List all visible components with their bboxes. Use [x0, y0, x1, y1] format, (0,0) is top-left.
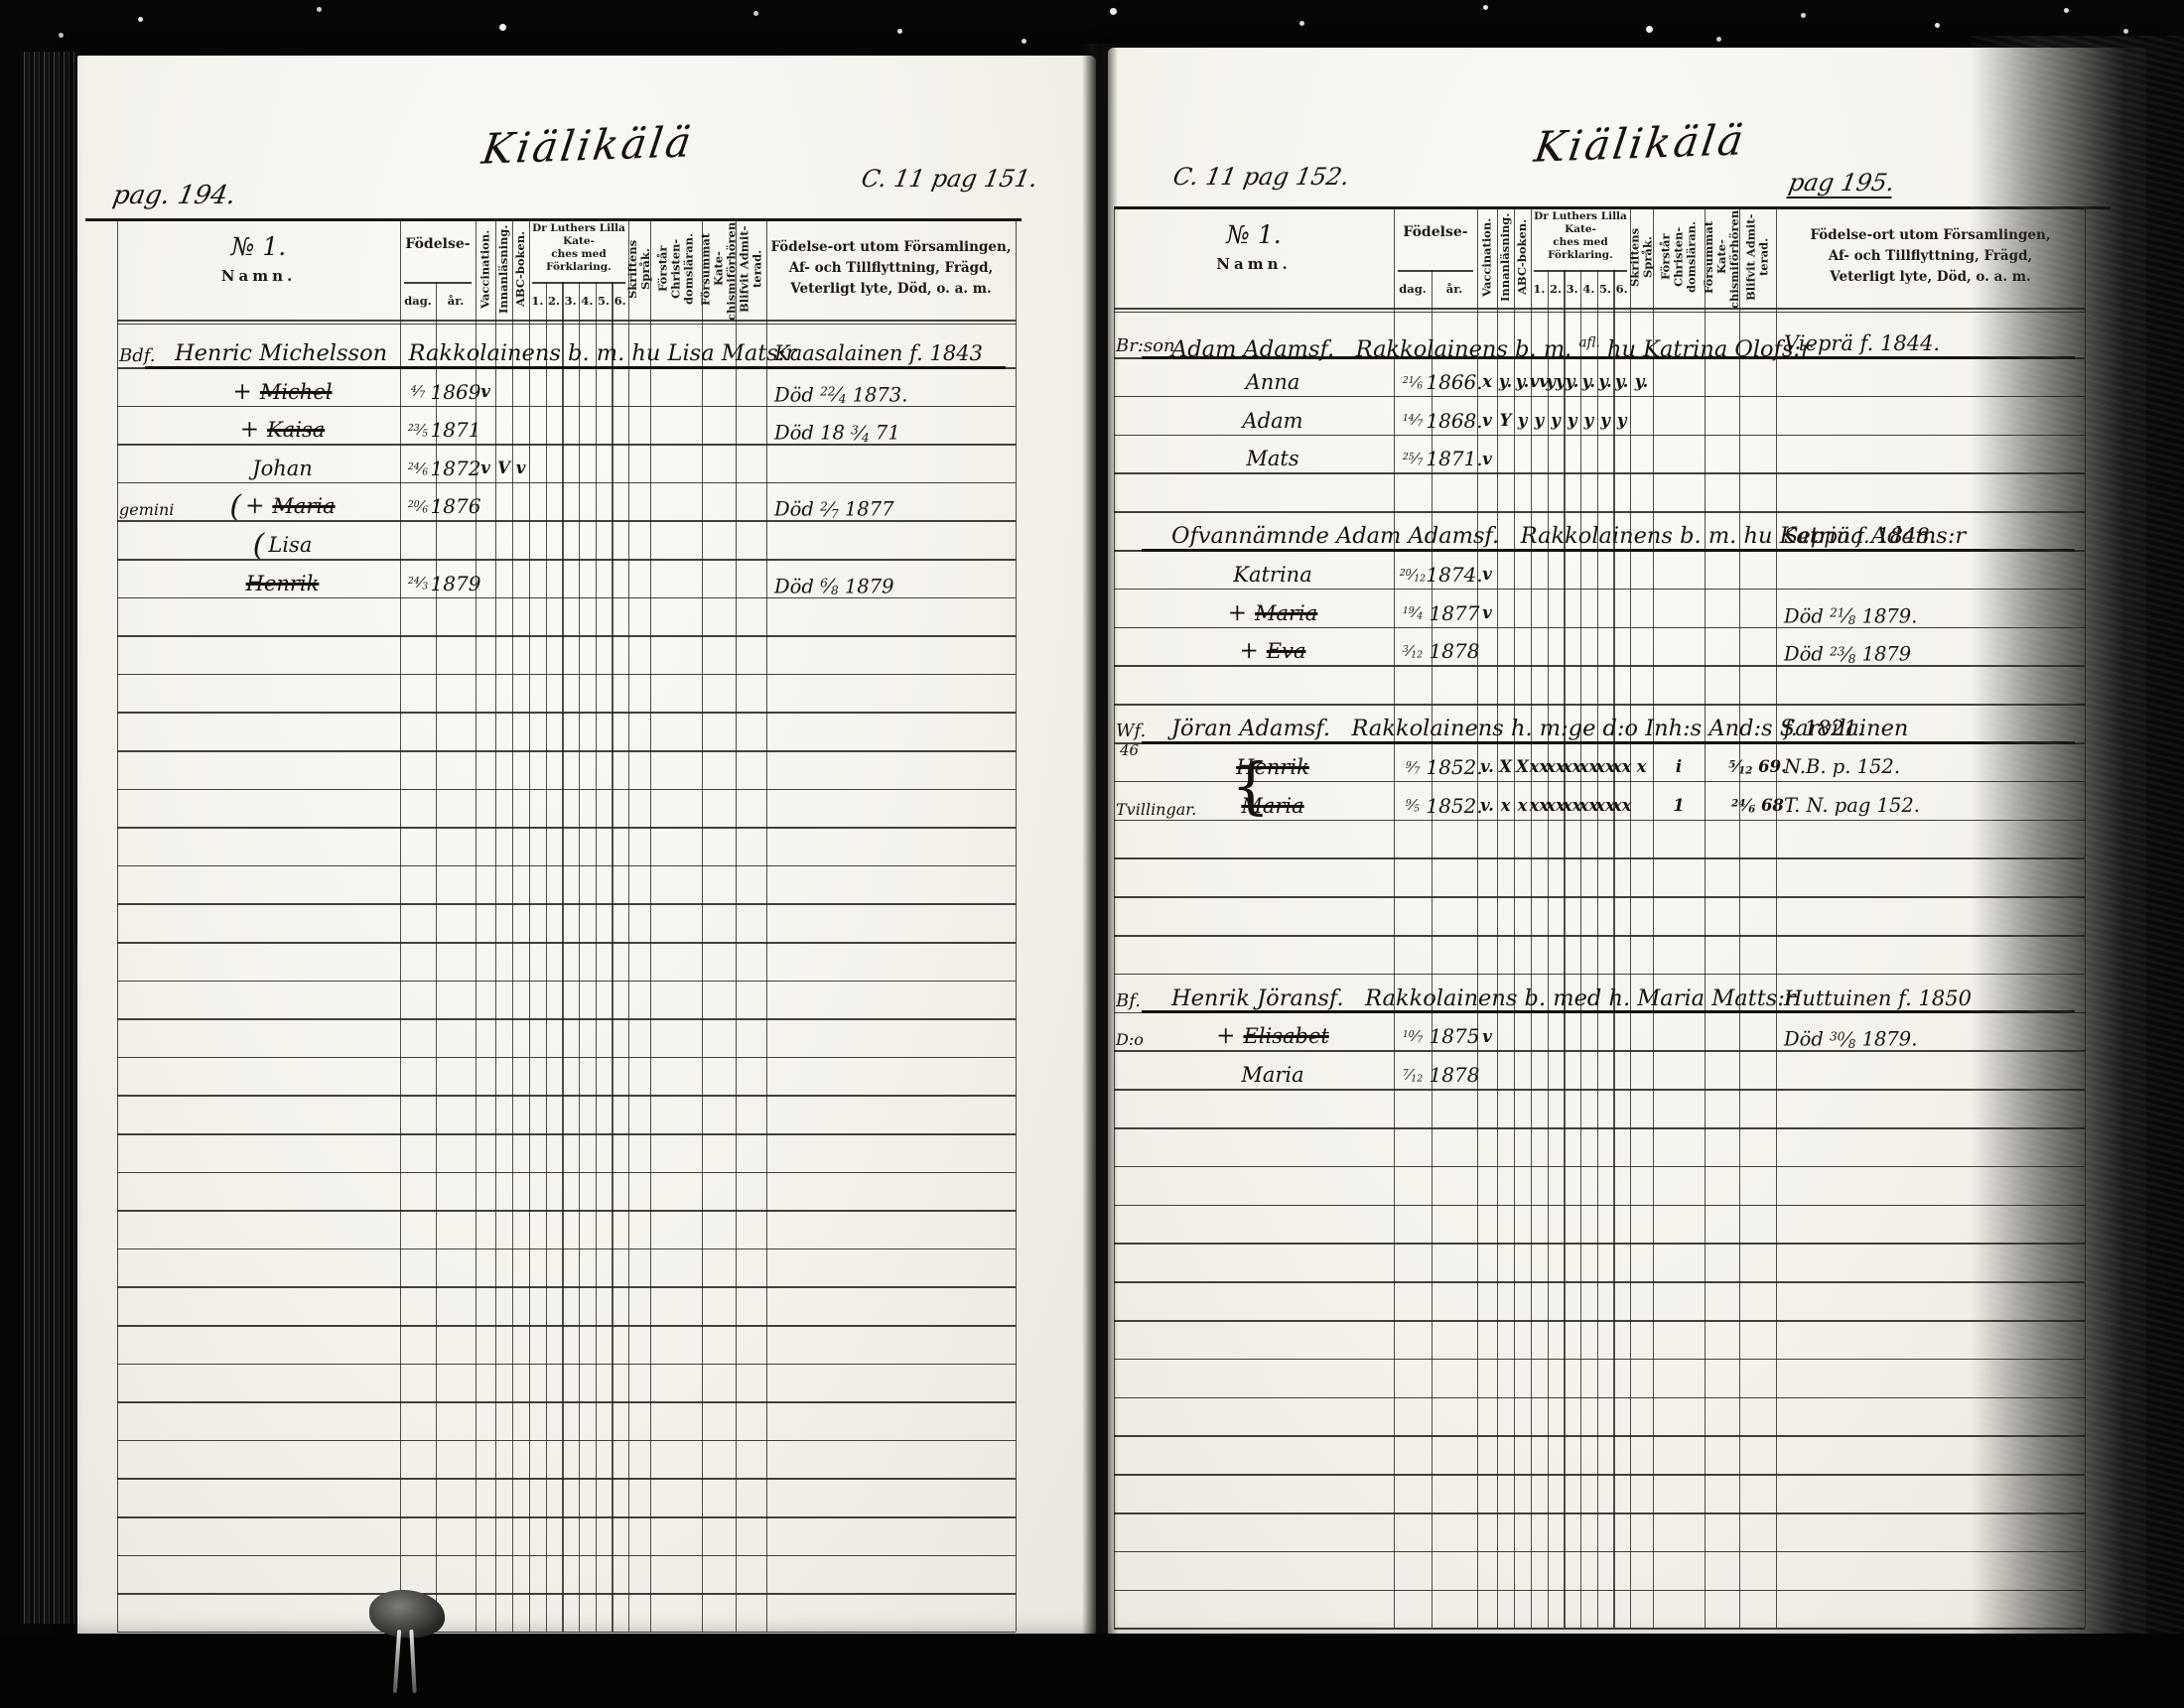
birth-year: 1852.	[1430, 792, 1479, 820]
column-line	[1776, 206, 1777, 1628]
forsummat-katechismiforhoren-label: Försummat Kate- chismiförhören.	[1706, 210, 1738, 304]
book-page-edges	[20, 52, 77, 1624]
mark-vacc: v	[1475, 1022, 1499, 1050]
row-line	[1114, 704, 2085, 706]
birth-year: 1871.	[1430, 445, 1479, 472]
mark-vacc: v	[1475, 599, 1499, 627]
family-entry-note: Kaasalainen f. 1843	[774, 339, 983, 367]
birth-day: 7⁄12	[1394, 1061, 1432, 1089]
row-line	[117, 712, 1016, 714]
child-name: Adam	[1242, 409, 1302, 433]
child-name: Maria	[1241, 794, 1303, 818]
row-line	[117, 1018, 1016, 1020]
column-line	[650, 218, 651, 1632]
row-line	[117, 1133, 1016, 1135]
row-line	[117, 827, 1016, 829]
column-line	[736, 218, 737, 1632]
family-entry: Adam Adamsf. Rakkolainens b. m. afl. hu …	[1171, 329, 1812, 357]
column-line	[117, 218, 118, 1632]
row-line	[1114, 1320, 2085, 1322]
column-line	[436, 282, 437, 1632]
dag-label: dag.	[1394, 280, 1432, 298]
child-entry: Maria	[1163, 792, 1382, 820]
row-line	[117, 1057, 1016, 1059]
row-line	[117, 635, 1016, 637]
kateches-sub-label: 1.	[1531, 280, 1548, 298]
row-line	[117, 1325, 1016, 1327]
birth-year: 1875	[1430, 1022, 1479, 1050]
row-line	[117, 1593, 1016, 1595]
death-note: Död 30⁄8 1879.	[1784, 1022, 1917, 1050]
child-name: Anna	[1246, 370, 1300, 394]
child-entry: Adam	[1163, 407, 1382, 435]
row-line	[117, 789, 1016, 791]
row-line	[1114, 1512, 2085, 1514]
child-name: Michel	[260, 380, 333, 404]
deceased-cross: +	[233, 379, 252, 405]
kateches-sub-label: 5.	[1597, 280, 1614, 298]
row-line	[1114, 1050, 2085, 1052]
child-entry: Maria	[1163, 1061, 1382, 1089]
row-line	[1114, 1397, 2085, 1399]
notes-label: Födelse-ort utom Församlingen,Af- och Ti…	[766, 236, 1016, 300]
column-line	[1613, 270, 1614, 1628]
mark-skrift: y.	[1628, 368, 1655, 396]
birth-year: 1866.	[1430, 368, 1479, 396]
header-bottom-line	[117, 324, 1016, 326]
row-line	[117, 865, 1016, 867]
row-line	[1114, 974, 2085, 976]
right-page-ref: C. 11 pag 152.	[1171, 163, 1352, 191]
death-note: Död 21⁄8 1879.	[1784, 599, 1917, 627]
mark-blifvit: 5⁄12 69.	[1737, 753, 1778, 781]
no-label: № 1.	[117, 232, 400, 262]
birth-year: 1876	[434, 492, 478, 520]
family-margin-note: Bdf.	[119, 345, 156, 366]
table-top-border	[85, 218, 1022, 221]
column-line	[1016, 218, 1017, 1632]
column-line	[512, 218, 513, 1632]
namn-label: Namn.	[117, 266, 400, 286]
family-margin-note: Br:son	[1116, 335, 1175, 356]
column-line	[702, 218, 703, 1632]
mark-blifvit: 24⁄6 68	[1737, 792, 1778, 820]
kateches-sub-label: 4.	[1580, 280, 1597, 298]
column-line	[1597, 270, 1598, 1628]
row-line	[1114, 1166, 2085, 1168]
row-line	[117, 750, 1016, 752]
kateches-sub-label: 2.	[546, 292, 563, 310]
birth-year: 1871	[434, 416, 478, 444]
kateches-sub-label: 2.	[1548, 280, 1565, 298]
death-note: Död 6⁄8 1879	[774, 570, 894, 597]
child-entry: +Kaisa	[177, 416, 388, 444]
row-line	[1114, 935, 2085, 937]
header-bottom-line	[1114, 312, 2085, 314]
left-page-number: pag. 194.	[110, 181, 238, 210]
row-line	[1114, 896, 2085, 898]
child-name: Lisa	[268, 533, 312, 557]
birth-year: 1878	[1430, 637, 1479, 665]
child-name: Maria	[1241, 1063, 1303, 1087]
child-entry: +Maria	[1163, 599, 1382, 627]
row-line	[117, 1286, 1016, 1288]
birth-year: 1874.	[1430, 561, 1479, 589]
column-line	[495, 218, 496, 1632]
row-line	[117, 903, 1016, 905]
kateches-label: Dr Luthers Lilla Kate-ches med Förklarin…	[529, 228, 628, 268]
family-entry: Henrik Jöransf. Rakkolainens b. med h. M…	[1171, 985, 1796, 1012]
mark-vacc: v	[1475, 445, 1499, 472]
mark-vacc: v	[1475, 561, 1499, 589]
child-margin-note: D:o	[1116, 1030, 1144, 1049]
row-line	[1114, 1281, 2085, 1283]
dag-label: dag.	[400, 292, 436, 310]
innanlasning-label: Innanläsning.	[496, 222, 511, 316]
right-page-number: pag 195.	[1786, 169, 1896, 198]
column-line	[1739, 206, 1740, 1628]
fodelse-label: Födelse-	[1394, 222, 1477, 242]
child-entry: +Eva	[1163, 637, 1382, 665]
right-page-title-script: Kiälikälä	[1532, 115, 1749, 172]
death-note: Död 23⁄8 1879	[1784, 637, 1911, 665]
row-line	[117, 1555, 1016, 1557]
row-line	[1114, 589, 2085, 591]
child-entry: Johan	[177, 455, 388, 482]
row-line	[117, 1172, 1016, 1174]
kateches-sub-label: 5.	[596, 292, 613, 310]
ar-label: år.	[1432, 280, 1477, 298]
row-line	[1114, 627, 2085, 629]
header-bottom-line	[1114, 308, 2085, 310]
birth-day: 19⁄4	[1394, 599, 1432, 627]
row-line	[1114, 1551, 2085, 1553]
row-line	[1114, 1628, 2085, 1630]
right-page-shadow	[1971, 36, 2184, 1655]
row-line	[1114, 1590, 2085, 1592]
kateches-label: Dr Luthers Lilla Kate-ches med Förklarin…	[1531, 216, 1630, 256]
row-line	[1114, 396, 2085, 398]
deceased-cross: +	[240, 417, 259, 443]
innanlasning-label: Innanläsning.	[1498, 210, 1513, 304]
family-entry: Henric Michelsson Rakkolainens b. m. hu …	[175, 339, 796, 367]
family-entry-note: Huttuinen f. 1850	[1784, 985, 1972, 1012]
vaccination-label: Vaccination.	[1478, 210, 1496, 304]
deceased-cross: +	[1216, 1023, 1235, 1049]
family-margin-note: Wf.	[1116, 721, 1146, 741]
mark-forstar: i	[1651, 753, 1706, 781]
row-line	[117, 1440, 1016, 1442]
kateches-sub-label: 3.	[1564, 280, 1580, 298]
row-line	[1114, 435, 2085, 437]
birth-year: 1868.	[1430, 407, 1479, 435]
death-note: Död 18 3⁄4 71	[774, 416, 900, 444]
child-name: Eva	[1267, 639, 1306, 663]
row-line	[117, 1364, 1016, 1366]
birth-year: 1872	[434, 455, 478, 482]
row-line	[1114, 857, 2085, 859]
row-line	[1114, 1127, 2085, 1129]
column-line	[1432, 270, 1433, 1628]
column-line	[1705, 206, 1706, 1628]
column-line	[628, 218, 629, 1632]
row-line	[1114, 1435, 2085, 1437]
child-name: Mats	[1246, 447, 1298, 470]
column-line	[546, 282, 547, 1632]
blifvit-admitterad-label: Blifvit Admit- terad.	[1740, 210, 1775, 304]
row-line	[1114, 1205, 2085, 1207]
column-line	[1580, 270, 1581, 1628]
row-line	[117, 942, 1016, 944]
fodelse-label: Födelse-	[400, 234, 476, 254]
row-line	[117, 674, 1016, 676]
kateches-divider	[1534, 270, 1627, 272]
child-name: Maria	[1255, 601, 1317, 625]
scanned-register-spread: pag. 194. Kiälikälä C. 11 pag 151. № 1.N…	[0, 0, 2184, 1708]
child-name: Elisabet	[1243, 1024, 1328, 1048]
blifvit-admitterad-label: Blifvit Admit- terad.	[737, 222, 765, 316]
row-line	[117, 1095, 1016, 1097]
table-top-border	[1114, 206, 2111, 209]
child-name: Maria	[272, 494, 335, 518]
child-entry: (+Maria	[177, 492, 388, 520]
column-line	[596, 282, 597, 1632]
mark-abc: v	[510, 455, 531, 482]
row-line	[117, 1210, 1016, 1212]
deceased-cross: +	[245, 493, 264, 519]
row-line	[1114, 1243, 2085, 1245]
left-page: pag. 194. Kiälikälä C. 11 pag 151. № 1.N…	[77, 56, 1096, 1638]
bottom-dark-band	[0, 1634, 2184, 1708]
child-entry: +Elisabet	[1163, 1022, 1382, 1050]
birth-year: 1879	[434, 570, 478, 597]
mark-forstar: 1	[1651, 792, 1706, 820]
skriftens-sprak-label: Skriftens Språk.	[1631, 210, 1652, 304]
book-gutter	[1082, 44, 1118, 1649]
death-note: Död 2⁄7 1877	[774, 492, 894, 520]
fodelse-divider	[1398, 270, 1473, 272]
death-note: N.B. p. 152.	[1784, 753, 1900, 781]
abc-boken-label: ABC-boken.	[513, 222, 528, 316]
family-margin-note: Bf.	[1116, 990, 1141, 1011]
row-line	[1114, 665, 2085, 667]
row-line	[117, 981, 1016, 983]
ar-label: år.	[436, 292, 476, 310]
row-line	[1114, 1089, 2085, 1091]
row-line	[1114, 1474, 2085, 1476]
child-entry: Katrina	[1163, 561, 1382, 589]
row-line	[1114, 511, 2085, 513]
kateches-sub-label: 3.	[562, 292, 579, 310]
fodelse-divider	[404, 282, 472, 284]
abc-boken-label: ABC-boken.	[1515, 210, 1530, 304]
child-name: Henrik	[246, 572, 320, 595]
birth-year: 1869	[434, 378, 478, 406]
death-note: T. N. pag 152.	[1784, 792, 1920, 820]
birth-year: 1852.	[1430, 753, 1479, 781]
kateches-divider	[532, 282, 625, 284]
child-name: Kaisa	[267, 418, 325, 442]
family-entry-note: Seppä f. 1848.	[1784, 522, 1936, 550]
column-line	[766, 218, 767, 1632]
forstar-christendomslaran-label: Förstår Christen- domsläran.	[651, 222, 701, 316]
child-entry: +Michel	[177, 378, 388, 406]
row-line	[117, 1401, 1016, 1403]
column-line	[1548, 270, 1549, 1628]
row-line	[117, 1478, 1016, 1480]
birth-day: 10⁄7	[1394, 1022, 1432, 1050]
kateches-sub-label: 4.	[579, 292, 596, 310]
column-line	[612, 282, 613, 1632]
child-margin-note: gemini	[119, 500, 174, 519]
kateches-sub-label: 1.	[529, 292, 546, 310]
left-page-title-script: Kiälikälä	[479, 117, 697, 174]
child-name: Katrina	[1233, 563, 1311, 587]
row-line	[1114, 472, 2085, 474]
row-line	[117, 1248, 1016, 1250]
column-line	[1564, 270, 1565, 1628]
child-entry: Anna	[1163, 368, 1382, 396]
deceased-cross: +	[1228, 600, 1247, 626]
child-entry: Henrik	[177, 570, 388, 597]
family-entry-note: f. 1821.	[1784, 715, 1864, 742]
skriftens-sprak-label: Skriftens Språk.	[629, 222, 649, 316]
child-name: Johan	[252, 457, 313, 480]
child-entry: (Lisa	[177, 531, 388, 559]
left-page-ref: C. 11 pag 151.	[860, 165, 1040, 193]
mark-vacc: v	[474, 378, 497, 406]
deceased-cross: +	[1240, 638, 1259, 664]
column-line	[562, 282, 563, 1632]
no-label: № 1.	[1114, 220, 1394, 250]
row-line	[117, 482, 1016, 484]
forstar-christendomslaran-label: Förstår Christen- domsläran.	[1654, 210, 1704, 304]
mark-k6: y	[1611, 407, 1632, 435]
row-line	[1114, 1359, 2085, 1361]
mark-k6: xx	[1611, 792, 1632, 820]
vaccination-label: Vaccination.	[477, 222, 494, 316]
child-entry: Henrik	[1163, 753, 1382, 781]
header-bottom-line	[117, 320, 1016, 322]
row-line	[117, 1516, 1016, 1518]
column-line	[1653, 206, 1654, 1628]
death-note: Död 22⁄4 1873.	[774, 378, 907, 406]
column-line	[529, 218, 530, 1632]
namn-label: Namn.	[1114, 254, 1394, 274]
birth-year: 1877	[1430, 599, 1479, 627]
birth-day: 3⁄12	[1394, 637, 1432, 665]
column-line	[579, 282, 580, 1632]
child-entry: Mats	[1163, 445, 1382, 472]
family-margin-note: 46	[1120, 740, 1139, 759]
forsummat-katechismiforhoren-label: Försummat Kate- chismiförhören.	[703, 222, 735, 316]
birth-year: 1878	[1430, 1061, 1479, 1089]
family-entry-note: Vieprä f. 1844.	[1784, 329, 1940, 357]
